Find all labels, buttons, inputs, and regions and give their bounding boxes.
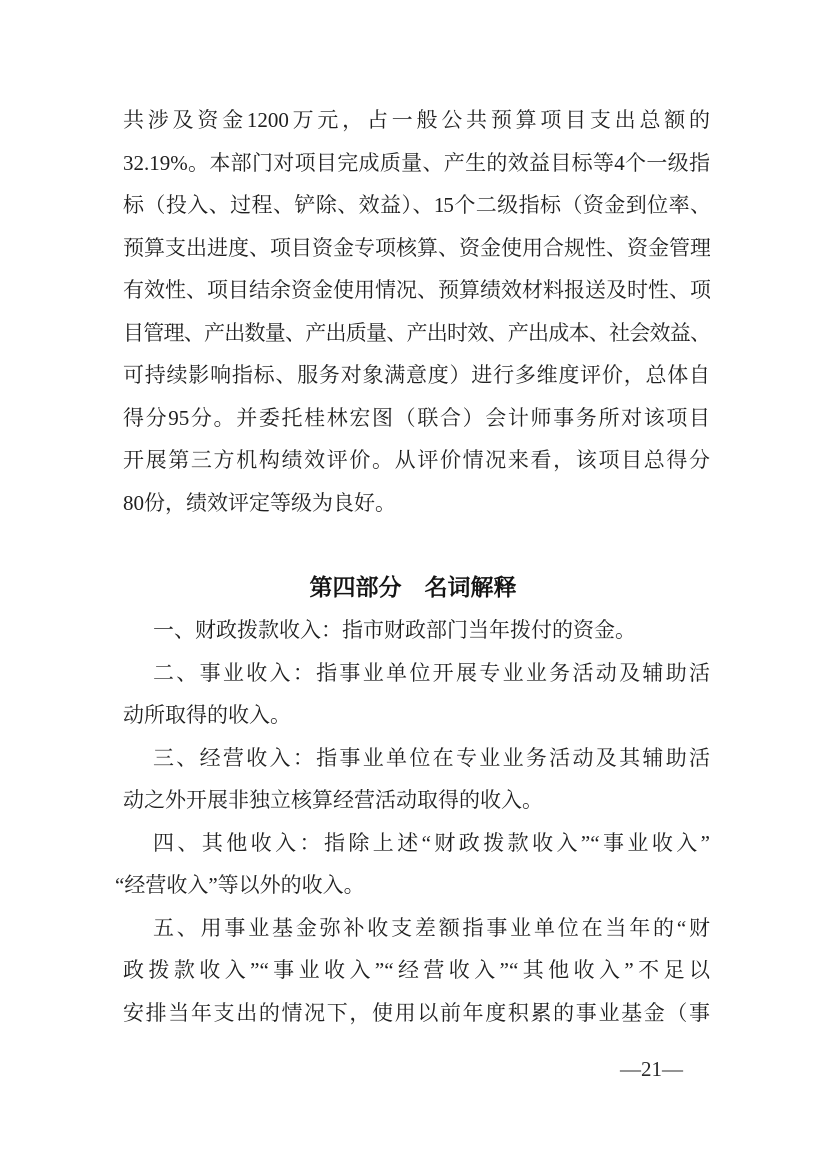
paragraph-line: 得分95分。并委托桂林宏图（联合）会计师事务所对该项目 — [123, 397, 710, 440]
glossary-item-line: “经营收入”等以外的收入。 — [115, 864, 710, 907]
paragraph-line: 可持续影响指标、服务对象满意度）进行多维度评价，总体自评 — [123, 354, 710, 397]
glossary-item-line: 五、用事业基金弥补收支差额指事业单位在当年的“财 — [123, 907, 710, 950]
glossary-item-line: 动所取得的收入。 — [123, 694, 710, 737]
glossary-item-line: 三、经营收入：指事业单位在专业业务活动及其辅助活 — [123, 737, 710, 780]
paragraph-line: 标（投入、过程、铲除、效益）、15个二级指标（资金到位率、 — [123, 184, 710, 227]
paragraph-line: 32.19%。本部门对项目完成质量、产生的效益目标等4个一级指 — [123, 142, 710, 185]
glossary-item-line: 二、事业收入：指事业单位开展专业业务活动及辅助活 — [123, 652, 710, 695]
paragraph-line: 预算支出进度、项目资金专项核算、资金使用合规性、资金管理 — [123, 227, 710, 270]
paragraph-line: 80份，绩效评定等级为良好。 — [123, 482, 710, 525]
paragraph-line: 有效性、项目结余资金使用情况、预算绩效材料报送及时性、项 — [123, 269, 710, 312]
page-number: —21— — [620, 1056, 683, 1082]
document-page: 共涉及资金1200万元，占一般公共预算项目支出总额的 32.19%。本部门对项目… — [0, 0, 826, 1169]
glossary-item-line: 安排当年支出的情况下，使用以前年度积累的事业基金（事 — [123, 992, 710, 1035]
glossary-item-line: 政拨款收入”“事业收入”“经营收入”“其他收入”不足以 — [123, 949, 710, 992]
glossary-section: 一、财政拨款收入：指市财政部门当年拨付的资金。 二、事业收入：指事业单位开展专业… — [123, 609, 710, 1034]
glossary-item-line: 动之外开展非独立核算经营活动取得的收入。 — [123, 779, 710, 822]
paragraph-line: 共涉及资金1200万元，占一般公共预算项目支出总额的 — [123, 99, 710, 142]
performance-evaluation-paragraph: 共涉及资金1200万元，占一般公共预算项目支出总额的 32.19%。本部门对项目… — [123, 99, 710, 524]
paragraph-line: 目管理、产出数量、产出质量、产出时效、产出成本、社会效益、 — [123, 312, 710, 355]
paragraph-line: 开展第三方机构绩效评价。从评价情况来看，该项目总得分 — [123, 439, 710, 482]
glossary-item-line: 四、其他收入：指除上述“财政拨款收入”“事业收入” — [123, 822, 710, 865]
glossary-item-line: 一、财政拨款收入：指市财政部门当年拨付的资金。 — [123, 609, 710, 652]
section-heading: 第四部分 名词解释 — [0, 574, 826, 601]
